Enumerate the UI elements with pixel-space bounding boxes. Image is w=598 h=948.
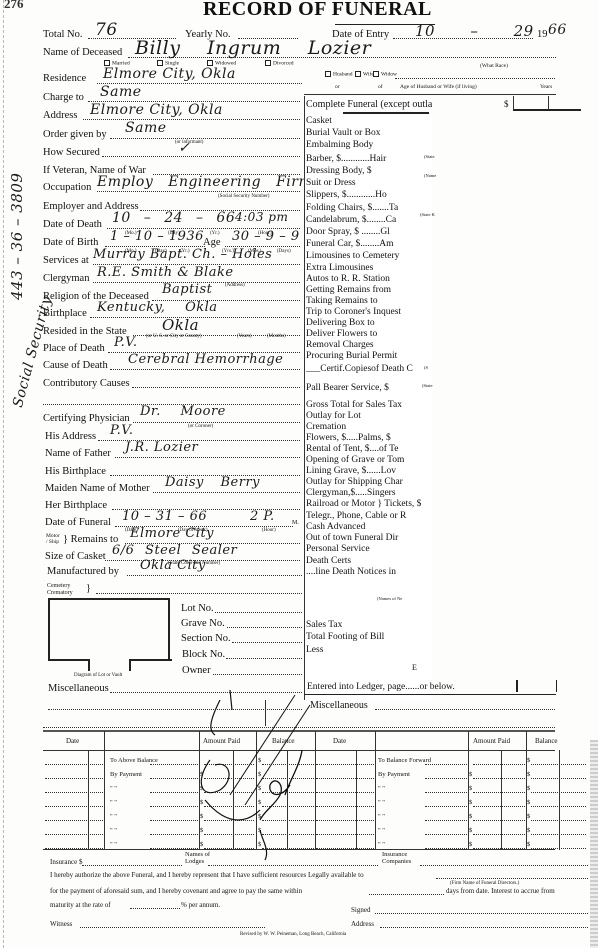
- residence-label: Residence: [43, 73, 86, 84]
- age-spouse-label: Age of Husband or Wife (if living): [400, 84, 477, 90]
- manufactured-line: [127, 575, 302, 576]
- order-given-value[interactable]: Same: [125, 120, 167, 136]
- ledger-balance-dollar-right: $: [527, 827, 530, 834]
- address-value[interactable]: Elmore City, Okla: [90, 102, 223, 118]
- funeral-m-label: M.: [292, 520, 299, 526]
- ledger-amount-dollar-right: $: [469, 841, 472, 848]
- date-of-funeral-value[interactable]: 10 – 31 – 66: [122, 509, 207, 524]
- page-number: 276: [4, 0, 24, 12]
- th-amount-paid-right: Amount Paid: [473, 737, 510, 745]
- ledger-desc-line-right: [425, 834, 467, 835]
- ledger-amount-cell-right[interactable]: [473, 834, 525, 835]
- how-secured-line: [102, 156, 300, 157]
- grave-no-label: Grave No.: [181, 618, 225, 629]
- companies-line: [420, 865, 588, 866]
- charge-item: Burial Vault or Box: [306, 128, 430, 138]
- ledger-date-cell-left[interactable]: [45, 764, 103, 765]
- birthplace-value[interactable]: Kentucky, Okla: [97, 300, 218, 315]
- charge-to-value[interactable]: Same: [100, 84, 142, 100]
- ledger-balance-cell-right[interactable]: [531, 778, 586, 779]
- total-no-value[interactable]: 76: [95, 20, 118, 40]
- of-label: of: [378, 84, 383, 90]
- resided-value[interactable]: Okla: [162, 316, 199, 334]
- charge-item: Out of town Funeral Dir: [306, 533, 430, 543]
- payment-text: for the payment of aforesaid sum, and I …: [50, 887, 302, 895]
- ledger-row-label-right: " ": [378, 827, 385, 834]
- lot-no-line: [215, 612, 302, 613]
- complete-funeral-amount-line[interactable]: [513, 109, 581, 111]
- margin-ssn: 443 – 36 – 3809: [8, 173, 26, 300]
- block-no-label: Block No.: [182, 649, 225, 660]
- charge-item: Casket: [306, 116, 430, 126]
- lot-diagram-bottom-right: [129, 659, 172, 661]
- charge-item: Flowers, $.....Palms, $: [306, 433, 430, 443]
- resided-years-hint: (Years): [237, 334, 252, 339]
- husband-checkbox[interactable]: [325, 71, 331, 77]
- ledger-amount-dollar-right: $: [469, 813, 472, 820]
- place-of-death-label: Place of Death: [43, 343, 105, 354]
- spouse-husband[interactable]: Husband: [325, 71, 353, 77]
- charge-item: Sales Tax: [306, 620, 430, 630]
- occupation-value[interactable]: Employ Engineering Firm: [97, 174, 312, 190]
- hint-names-of-newspapers: (Names of Ne: [377, 596, 402, 601]
- ledger-balance-dollar-right: $: [527, 813, 530, 820]
- father-label: Name of Father: [45, 448, 111, 459]
- charge-item: Total Footing of Bill: [306, 632, 430, 642]
- ledger-balance-dollar-right: $: [527, 785, 530, 792]
- occupation-label: Occupation: [43, 182, 91, 193]
- cause-of-death-value[interactable]: Cerebral Hemorrhage: [128, 352, 283, 367]
- name-value[interactable]: Billy Ingrum Lozier: [135, 37, 371, 59]
- hint-state-2: (State: [422, 383, 433, 388]
- ledger-amount-cell-right[interactable]: [473, 848, 525, 849]
- charge-item: Pall Bearer Service, $: [306, 383, 430, 393]
- grave-no-line: [227, 627, 302, 628]
- clergyman-value[interactable]: R.E. Smith & Blake: [97, 265, 234, 280]
- ledger-row-label-left: " ": [110, 841, 117, 848]
- witness-line[interactable]: [80, 927, 265, 928]
- charge-item: Candelabrum, $........Ca: [306, 215, 430, 225]
- wife-checkbox[interactable]: [355, 71, 361, 77]
- hint-state-k: (State K: [420, 212, 435, 217]
- charge-item: Funeral Car, $........Am: [306, 239, 430, 249]
- cause-of-death-label: Cause of Death: [43, 360, 108, 371]
- ledger-row-label-right: " ": [378, 841, 385, 848]
- address-line-footer[interactable]: [380, 927, 588, 928]
- ledger-desc-line-right: [425, 848, 467, 849]
- physician-line: [133, 422, 300, 423]
- maturity-text: maturity at the rate of: [50, 901, 111, 909]
- col-div-4: [315, 731, 316, 850]
- charge-item: Opening of Grave or Tom: [306, 455, 430, 465]
- cemetery-label: Cemetery: [47, 583, 70, 589]
- complete-funeral-dollar: $: [504, 99, 509, 109]
- ledger-amount-cell-right[interactable]: [473, 778, 525, 779]
- col-div-7b: [559, 750, 560, 850]
- charge-item: Less: [306, 645, 430, 655]
- ledger-date-cell-left[interactable]: [45, 834, 103, 835]
- charge-item: Railroad or Motor } Tickets, $: [306, 499, 430, 509]
- charge-item: Dressing Body, $: [306, 166, 430, 176]
- ledger-date-cell-left[interactable]: [45, 848, 103, 849]
- services-label: Services at: [43, 255, 89, 266]
- insurance-label: Insurance $: [50, 858, 82, 866]
- mother-label: Maiden Name of Mother: [45, 483, 150, 494]
- charge-item: ___Certif.Copiesof Death C: [306, 364, 430, 374]
- th-balance-right: Balance: [535, 737, 558, 745]
- ledger-desc-line-right: [425, 778, 467, 779]
- services-value[interactable]: Murray Bapt. Ch. – Holes: [93, 247, 272, 262]
- charge-item: ....line Death Notices in: [306, 567, 430, 577]
- address-line: [83, 119, 300, 120]
- ledger-amount-dollar-right: $: [469, 799, 472, 806]
- revised-text: Revised by W. W. Peineman, Long Beach, C…: [240, 932, 346, 937]
- misc-line-right: [375, 709, 555, 710]
- lodges-line: [208, 865, 378, 866]
- contributory-line: [132, 387, 300, 388]
- charge-item: Cremation: [306, 422, 430, 432]
- hint-s: (S: [424, 365, 428, 370]
- ledger-row-label-left: By Payment: [110, 771, 142, 778]
- block-no-line: [226, 658, 302, 659]
- lot-diagram-bottom-left: [48, 659, 90, 661]
- charge-item: Trip to Coroner's Inquest: [306, 307, 430, 317]
- charge-item: Telegr., Phone, Cable or R: [306, 511, 430, 521]
- charge-item: Suit or Dress: [306, 178, 430, 188]
- residence-value[interactable]: Elmore City, Okla: [103, 66, 236, 82]
- days-text: days from date. Interest to accrue from: [446, 887, 555, 895]
- ledger-entry-label: Entered into Ledger, page......or below.: [307, 682, 455, 692]
- charge-item: Autos to R. R. Station: [306, 274, 430, 284]
- ledger-date-cell-left[interactable]: [45, 820, 103, 821]
- father-value[interactable]: J.R. Lozier: [125, 440, 198, 455]
- ledger-date-cell-left[interactable]: [45, 806, 103, 807]
- date-of-birth-label: Date of Birth: [43, 237, 98, 248]
- days-line: [369, 894, 444, 895]
- section-no-label: Section No.: [181, 633, 231, 644]
- charge-item: Outlay for Shipping Char: [306, 477, 430, 487]
- ledger-amount-cell-right[interactable]: [473, 792, 525, 793]
- year-value[interactable]: 66: [548, 22, 567, 38]
- his-birthplace-label: His Birthplace: [45, 466, 106, 477]
- ledger-amount-dollar-right: $: [469, 785, 472, 792]
- ledger-row-label-left: " ": [110, 813, 117, 820]
- year-prefix: 19: [537, 29, 548, 40]
- charge-item: Extra Limousines: [306, 263, 430, 273]
- ledger-date-cell-right[interactable]: [316, 778, 374, 779]
- th-date-left: Date: [66, 737, 79, 745]
- charge-item: Lining Grave, $......Lov: [306, 466, 430, 476]
- name-label: Name of Deceased: [43, 47, 122, 58]
- col-div-1b: [88, 750, 89, 850]
- address-label: Address: [43, 110, 77, 121]
- ledger-amount-cell-right[interactable]: [473, 764, 525, 765]
- hint-name: (Name: [424, 173, 436, 178]
- widow-checkbox[interactable]: [373, 71, 379, 77]
- ledger-balance-cell-right[interactable]: [531, 806, 586, 807]
- funeral-record-page: 276 RECORD OF FUNERAL Total No. 76 Yearl…: [0, 0, 598, 948]
- cemetery-line: [96, 593, 302, 594]
- page-title: RECORD OF FUNERAL: [203, 0, 432, 21]
- signature-scribble: [190, 690, 310, 860]
- charge-item: Slippers, $............Ho: [306, 190, 430, 200]
- charge-item: Outlay for Lot: [306, 411, 430, 421]
- margin-hash-mark: [75, 275, 115, 315]
- ledger-bottom-rule: [304, 694, 556, 695]
- signed-line[interactable]: [375, 913, 588, 914]
- th-date-right: Date: [333, 737, 346, 745]
- panel-e-mark: E: [412, 663, 417, 672]
- page-edge-left: [3, 0, 5, 948]
- her-birthplace-label: Her Birthplace: [45, 500, 107, 511]
- ledger-date-cell-left[interactable]: [45, 792, 103, 793]
- charge-item: Procuring Burial Permit: [306, 351, 430, 361]
- section-no-line: [232, 642, 302, 643]
- resided-hint: (or U. S. or City or County): [146, 334, 202, 339]
- ledger-date-cell-right[interactable]: [316, 848, 374, 849]
- casket-size-value[interactable]: 6/6 Steel Sealer: [112, 543, 237, 558]
- mother-value[interactable]: Daisy Berry: [165, 475, 260, 490]
- lot-diagram-gate-right: [129, 659, 131, 671]
- manufactured-label: Manufactured by: [47, 566, 119, 577]
- funeral-hour-hint: (Hour): [262, 528, 276, 533]
- ledger-amount-cell-right[interactable]: [473, 820, 525, 821]
- ledger-date-cell-right[interactable]: [316, 764, 374, 765]
- page-edge-right: [590, 740, 598, 948]
- charge-item: Deliver Flowers to: [306, 329, 430, 339]
- place-of-death-value[interactable]: P.V.: [114, 335, 138, 350]
- ledger-balance-cell-right[interactable]: [531, 792, 586, 793]
- casket-size-label: Size of Casket: [45, 551, 106, 562]
- charge-item: Door Spray, $ ........Gl: [306, 227, 430, 237]
- col-div-1: [104, 731, 105, 850]
- ledger-desc-line-right: [425, 820, 467, 821]
- race-hint: (What Race): [480, 63, 508, 69]
- charge-to-label: Charge to: [43, 92, 84, 103]
- charge-item: Barber, $............Hair: [306, 154, 430, 164]
- charge-item: Rental of Tent, $....of Te: [306, 444, 430, 454]
- resided-months-hint: (Months): [267, 334, 286, 339]
- col-div-5: [375, 731, 376, 850]
- charge-item: Folding Chairs, $.......Ta: [306, 203, 430, 213]
- or-label: or: [335, 84, 340, 90]
- coroner-hint: (or Coroner): [188, 424, 213, 429]
- religion-value[interactable]: Baptist: [162, 282, 212, 297]
- date-of-death-value[interactable]: 10 – 24 – 66: [112, 210, 235, 226]
- spouse-name-line: [395, 78, 555, 79]
- spouse-widow[interactable]: Widow: [373, 71, 397, 77]
- diagram-caption: Diagram of Lot or Vault: [74, 673, 122, 678]
- ledger-row-label-left: " ": [110, 785, 117, 792]
- his-address-label: His Address: [45, 431, 96, 442]
- ledger-date-cell-right[interactable]: [316, 792, 374, 793]
- ledger-divider-2: [556, 680, 557, 692]
- occupation-line: [97, 191, 300, 192]
- charge-item: Cash Advanced: [306, 522, 430, 532]
- address-label-footer: Address: [351, 920, 374, 928]
- ledger-amount-dollar-right: $: [469, 827, 472, 834]
- ledger-balance-dollar-right: $: [527, 841, 530, 848]
- ledger-row-label-right: " ": [378, 785, 385, 792]
- ssn-hint: (Social Security Number): [218, 194, 269, 199]
- motor-ship-label: Motor / Ship: [46, 533, 60, 545]
- ledger-row-label-right: To Balance Forward: [378, 757, 431, 764]
- witness-label: Witness: [50, 920, 72, 928]
- ledger-row-label-right: " ": [378, 799, 385, 806]
- ledger-row-label-left: " ": [110, 827, 117, 834]
- age-days-hint: (Days): [277, 249, 291, 254]
- lot-diagram-gate-left: [88, 659, 90, 671]
- how-secured-label: How Secured: [43, 147, 100, 158]
- spouse-wife[interactable]: Wife: [355, 71, 374, 77]
- ledger-desc-line-right: [425, 806, 467, 807]
- ledger-row-label-left: " ": [110, 799, 117, 806]
- ledger-balance-cell-right[interactable]: [531, 848, 586, 849]
- date-of-entry-value[interactable]: 10 – 29: [415, 22, 534, 40]
- cause-of-death-line: [110, 369, 300, 370]
- charge-item: Gross Total for Sales Tax: [306, 400, 430, 410]
- owner-line: [213, 674, 302, 675]
- firm-hint: (Firm Name of Funeral Directors.): [450, 881, 519, 886]
- ledger-balance-dollar-right: $: [527, 757, 530, 764]
- col-div-6b: [501, 750, 502, 850]
- charge-item: Personal Service: [306, 544, 430, 554]
- date-of-death-label: Date of Death: [43, 219, 102, 230]
- amount-col-divider: [513, 96, 514, 110]
- ledger-balance-dollar-right: $: [527, 799, 530, 806]
- father-line: [115, 457, 300, 458]
- complete-funeral-underline: [343, 112, 429, 114]
- date-of-funeral-label: Date of Funeral: [45, 517, 111, 528]
- ledger-balance-cell-right[interactable]: [531, 820, 586, 821]
- ledger-balance-cell-right[interactable]: [531, 834, 586, 835]
- complete-funeral-label: Complete Funeral (except outlays): [306, 99, 432, 110]
- date-of-birth-value[interactable]: 1 – 10 – 1936: [110, 229, 204, 244]
- cemetery-brace: }: [86, 583, 91, 594]
- mother-line: [153, 492, 300, 493]
- funeral-time-value[interactable]: 2 P.: [250, 509, 275, 524]
- ledger-amount-cell-right[interactable]: [473, 806, 525, 807]
- ledger-balance-dollar-right: $: [527, 771, 530, 778]
- age-value[interactable]: 30 – 9 – 9: [232, 229, 300, 244]
- order-given-line: [110, 138, 300, 139]
- charge-item: Taking Remains to: [306, 296, 430, 306]
- order-given-label: Order given by: [43, 129, 107, 140]
- ledger-balance-cell-right[interactable]: [531, 764, 586, 765]
- charge-item: Clergyman,$.....Singers: [306, 488, 430, 498]
- rate-line: [130, 908, 180, 909]
- charge-item: Death Certs: [306, 556, 430, 566]
- insurance-line: [82, 865, 182, 866]
- ledger-date-cell-right[interactable]: [316, 820, 374, 821]
- authorize-text: I hereby authorize the above Funeral, an…: [50, 871, 364, 879]
- remains-to-label: } Remains to: [63, 534, 118, 545]
- ledger-date-cell-right[interactable]: [316, 834, 374, 835]
- years-label: Years: [540, 84, 552, 90]
- col-div-4b: [356, 750, 357, 850]
- hint-state-1: (State: [424, 154, 435, 159]
- clergy-address-hint: (Address): [225, 283, 245, 288]
- ledger-row-label-left: To Above Balance: [110, 757, 158, 764]
- signed-label: Signed: [351, 906, 370, 914]
- ledger-date-cell-right[interactable]: [316, 806, 374, 807]
- his-address-value[interactable]: P.V.: [110, 423, 134, 438]
- companies-label: Insurance Companies: [382, 851, 422, 865]
- lot-no-label: Lot No.: [181, 603, 214, 614]
- death-yr-hint: (Yr.): [210, 231, 220, 236]
- total-no-label: Total No.: [43, 29, 83, 40]
- misc-label-left: Miscellaneous: [48, 683, 109, 694]
- divorced-checkbox[interactable]: [265, 60, 271, 66]
- remains-to-value[interactable]: Elmore City: [130, 526, 214, 541]
- manufactured-value[interactable]: Okla City: [140, 558, 206, 573]
- how-secured-value[interactable]: ✓: [178, 140, 190, 156]
- owner-label: Owner: [182, 665, 211, 676]
- ledger-amount-dollar-right: $: [469, 771, 472, 778]
- ledger-desc-line-right: [425, 792, 467, 793]
- charge-item: Embalming Body: [306, 140, 430, 150]
- ledger-row-label-right: By Payment: [378, 771, 410, 778]
- time-of-death-value[interactable]: 4:03 pm: [235, 210, 288, 224]
- misc-label-right: Miscellaneous: [310, 700, 368, 711]
- contributory-label: Contributory Causes: [43, 378, 130, 389]
- percent-text: % per annum.: [181, 901, 220, 909]
- ledger-divider-1: [516, 680, 518, 692]
- firm-line: [436, 878, 588, 879]
- charge-item: Delivering Box to: [306, 318, 430, 328]
- ledger-desc-line-right: [425, 764, 467, 765]
- lot-diagram-box: [48, 598, 170, 661]
- charges-panel-top-border: [304, 94, 556, 95]
- charge-item: Removal Charges: [306, 340, 430, 350]
- crematory-label: Crematory: [47, 590, 73, 596]
- marital-divorced[interactable]: Divorced: [265, 60, 293, 66]
- ledger-date-cell-left[interactable]: [45, 778, 103, 779]
- charge-item: Getting Remains from: [306, 285, 430, 295]
- ledger-row-label-right: " ": [378, 813, 385, 820]
- cents-col-divider: [548, 96, 549, 110]
- charge-item: Limousines to Cemetery: [306, 251, 430, 261]
- physician-value[interactable]: Dr. Moore: [140, 404, 226, 419]
